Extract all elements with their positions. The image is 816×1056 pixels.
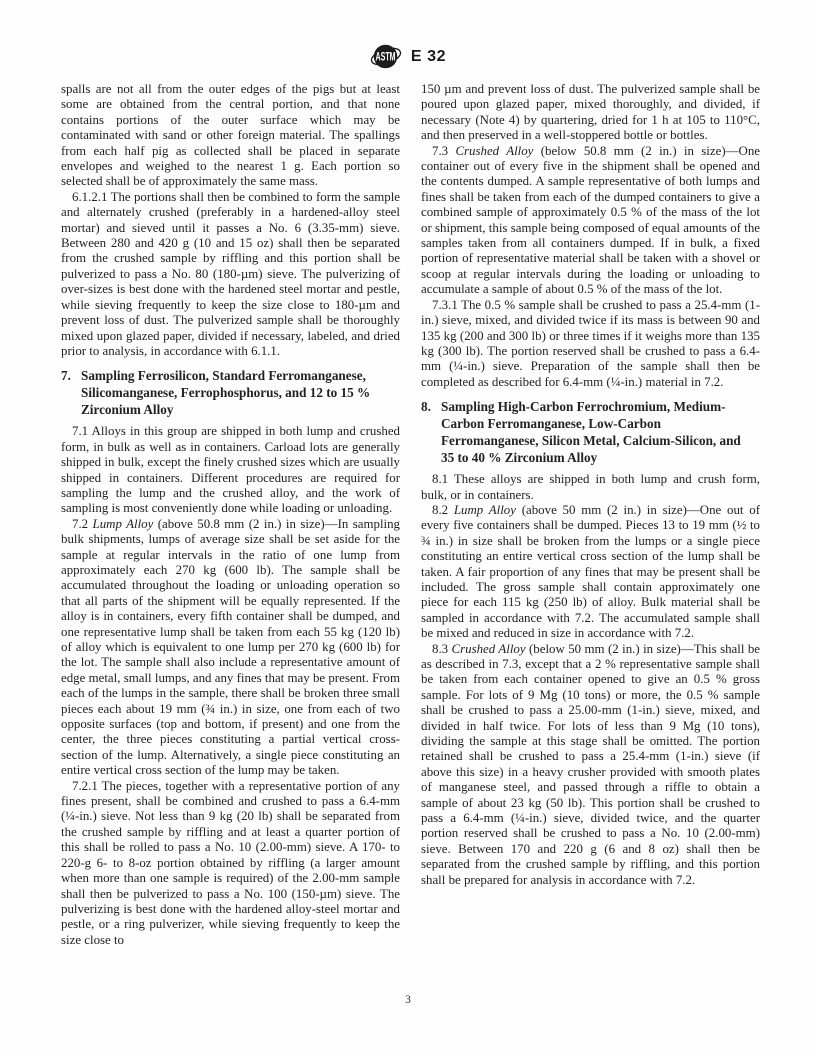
page-footer: 3 xyxy=(0,994,816,1006)
section-heading: 7.Sampling Ferrosilicon, Standard Ferrom… xyxy=(61,367,400,418)
section-title: Sampling Ferrosilicon, Standard Ferroman… xyxy=(81,367,400,418)
paragraph: 7.2 Lump Alloy (above 50.8 mm (2 in.) in… xyxy=(61,517,400,779)
column-right: 150 µm and prevent loss of dust. The pul… xyxy=(421,82,760,948)
section-number: 8. xyxy=(421,398,441,466)
paragraph: 8.2 Lump Alloy (above 50 mm (2 in.) in s… xyxy=(421,503,760,642)
paragraph: 7.1 Alloys in this group are shipped in … xyxy=(61,424,400,516)
page-header: ASTM E 32 xyxy=(0,42,816,71)
document-page: ASTM E 32 spalls are not all from the ou… xyxy=(0,0,816,1056)
section-heading: 8.Sampling High-Carbon Ferrochromium, Me… xyxy=(421,398,760,466)
doc-number: E 32 xyxy=(411,48,446,66)
paragraph: 8.1 These alloys are shipped in both lum… xyxy=(421,472,760,503)
astm-logo-icon: ASTM xyxy=(370,42,402,71)
paragraph: spalls are not all from the outer edges … xyxy=(61,82,400,190)
paragraph: 8.3 Crushed Alloy (below 50 mm (2 in.) i… xyxy=(421,642,760,889)
paragraph: 7.3.1 The 0.5 % sample shall be crushed … xyxy=(421,298,760,390)
section-number: 7. xyxy=(61,367,81,418)
column-left: spalls are not all from the outer edges … xyxy=(61,82,400,948)
paragraph: 6.1.2.1 The portions shall then be combi… xyxy=(61,190,400,359)
paragraph: 7.3 Crushed Alloy (below 50.8 mm (2 in.)… xyxy=(421,144,760,298)
page-number: 3 xyxy=(405,994,411,1006)
paragraph: 7.2.1 The pieces, together with a repres… xyxy=(61,779,400,948)
paragraph: 150 µm and prevent loss of dust. The pul… xyxy=(421,82,760,144)
content-area: spalls are not all from the outer edges … xyxy=(61,82,760,948)
section-title: Sampling High-Carbon Ferrochromium, Medi… xyxy=(441,398,760,466)
svg-text:ASTM: ASTM xyxy=(375,51,395,64)
